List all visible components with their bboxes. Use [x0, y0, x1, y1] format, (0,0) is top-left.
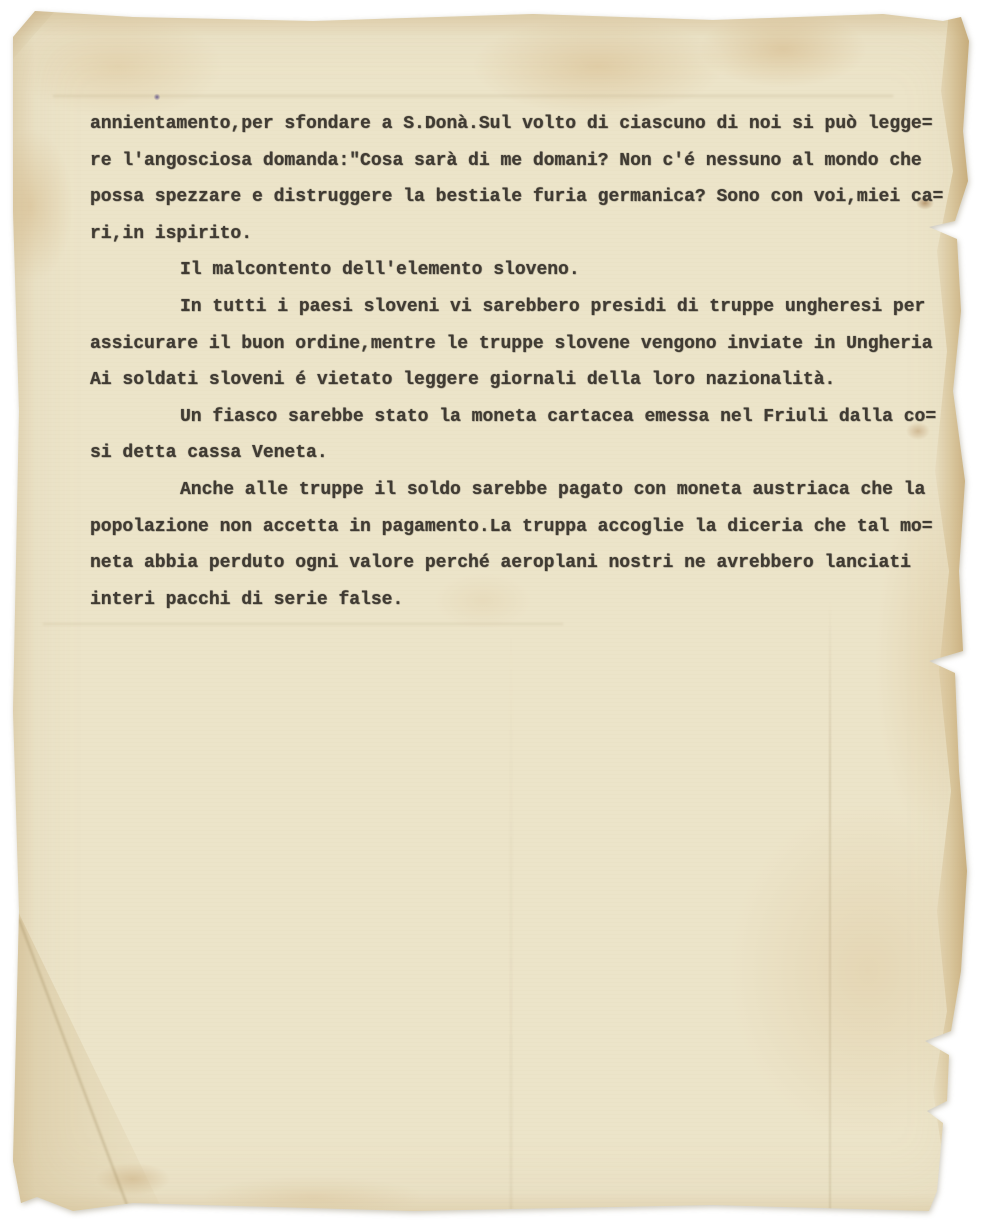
crease-line — [510, 631, 512, 1210]
paper-sheet: annientamento,per sfondare a S.Donà.Sul … — [13, 11, 975, 1211]
typewritten-line: annientamento,per sfondare a S.Donà.Sul … — [90, 106, 960, 143]
typewritten-line: possa spezzare e distruggere la bestiale… — [90, 179, 960, 216]
paper-sheet-wrap: annientamento,per sfondare a S.Donà.Sul … — [13, 11, 975, 1211]
typewritten-line: Un fiasco sarebbe stato la moneta cartac… — [90, 399, 960, 436]
paragraph: Un fiasco sarebbe stato la moneta cartac… — [90, 399, 960, 472]
paragraph: Anche alle truppe il soldo sarebbe pagat… — [90, 472, 960, 618]
paragraph: Il malcontento dell'elemento sloveno. — [90, 252, 960, 289]
paragraph: annientamento,per sfondare a S.Donà.Sul … — [90, 106, 960, 252]
typewritten-line: assicurare il buon ordine,mentre le trup… — [90, 326, 960, 363]
typewritten-line: neta abbia perduto ogni valore perché ae… — [90, 545, 960, 582]
scan-background: annientamento,per sfondare a S.Donà.Sul … — [0, 0, 1000, 1224]
crease-line — [43, 623, 563, 625]
folded-corner-top-left — [13, 11, 55, 59]
typewritten-line: si detta cassa Veneta. — [90, 435, 960, 472]
typewritten-line: popolazione non accetta in pagamento.La … — [90, 509, 960, 546]
typewritten-line: re l'angosciosa domanda:"Cosa sarà di me… — [90, 143, 960, 180]
crease-line — [829, 601, 831, 1210]
typewritten-text: annientamento,per sfondare a S.Donà.Sul … — [90, 106, 960, 618]
typewritten-line: ri,in ispirito. — [90, 216, 960, 253]
typewritten-line: Anche alle truppe il soldo sarebbe pagat… — [90, 472, 960, 509]
typewritten-line: Il malcontento dell'elemento sloveno. — [90, 252, 960, 289]
crease-line — [53, 95, 893, 97]
typewritten-line: interi pacchi di serie false. — [90, 582, 960, 619]
typewritten-line: In tutti i paesi sloveni vi sarebbero pr… — [90, 289, 960, 326]
paragraph: In tutti i paesi sloveni vi sarebbero pr… — [90, 289, 960, 399]
folded-corner-bottom-left — [13, 901, 163, 1211]
typewritten-line: Ai soldati sloveni é vietato leggere gio… — [90, 362, 960, 399]
